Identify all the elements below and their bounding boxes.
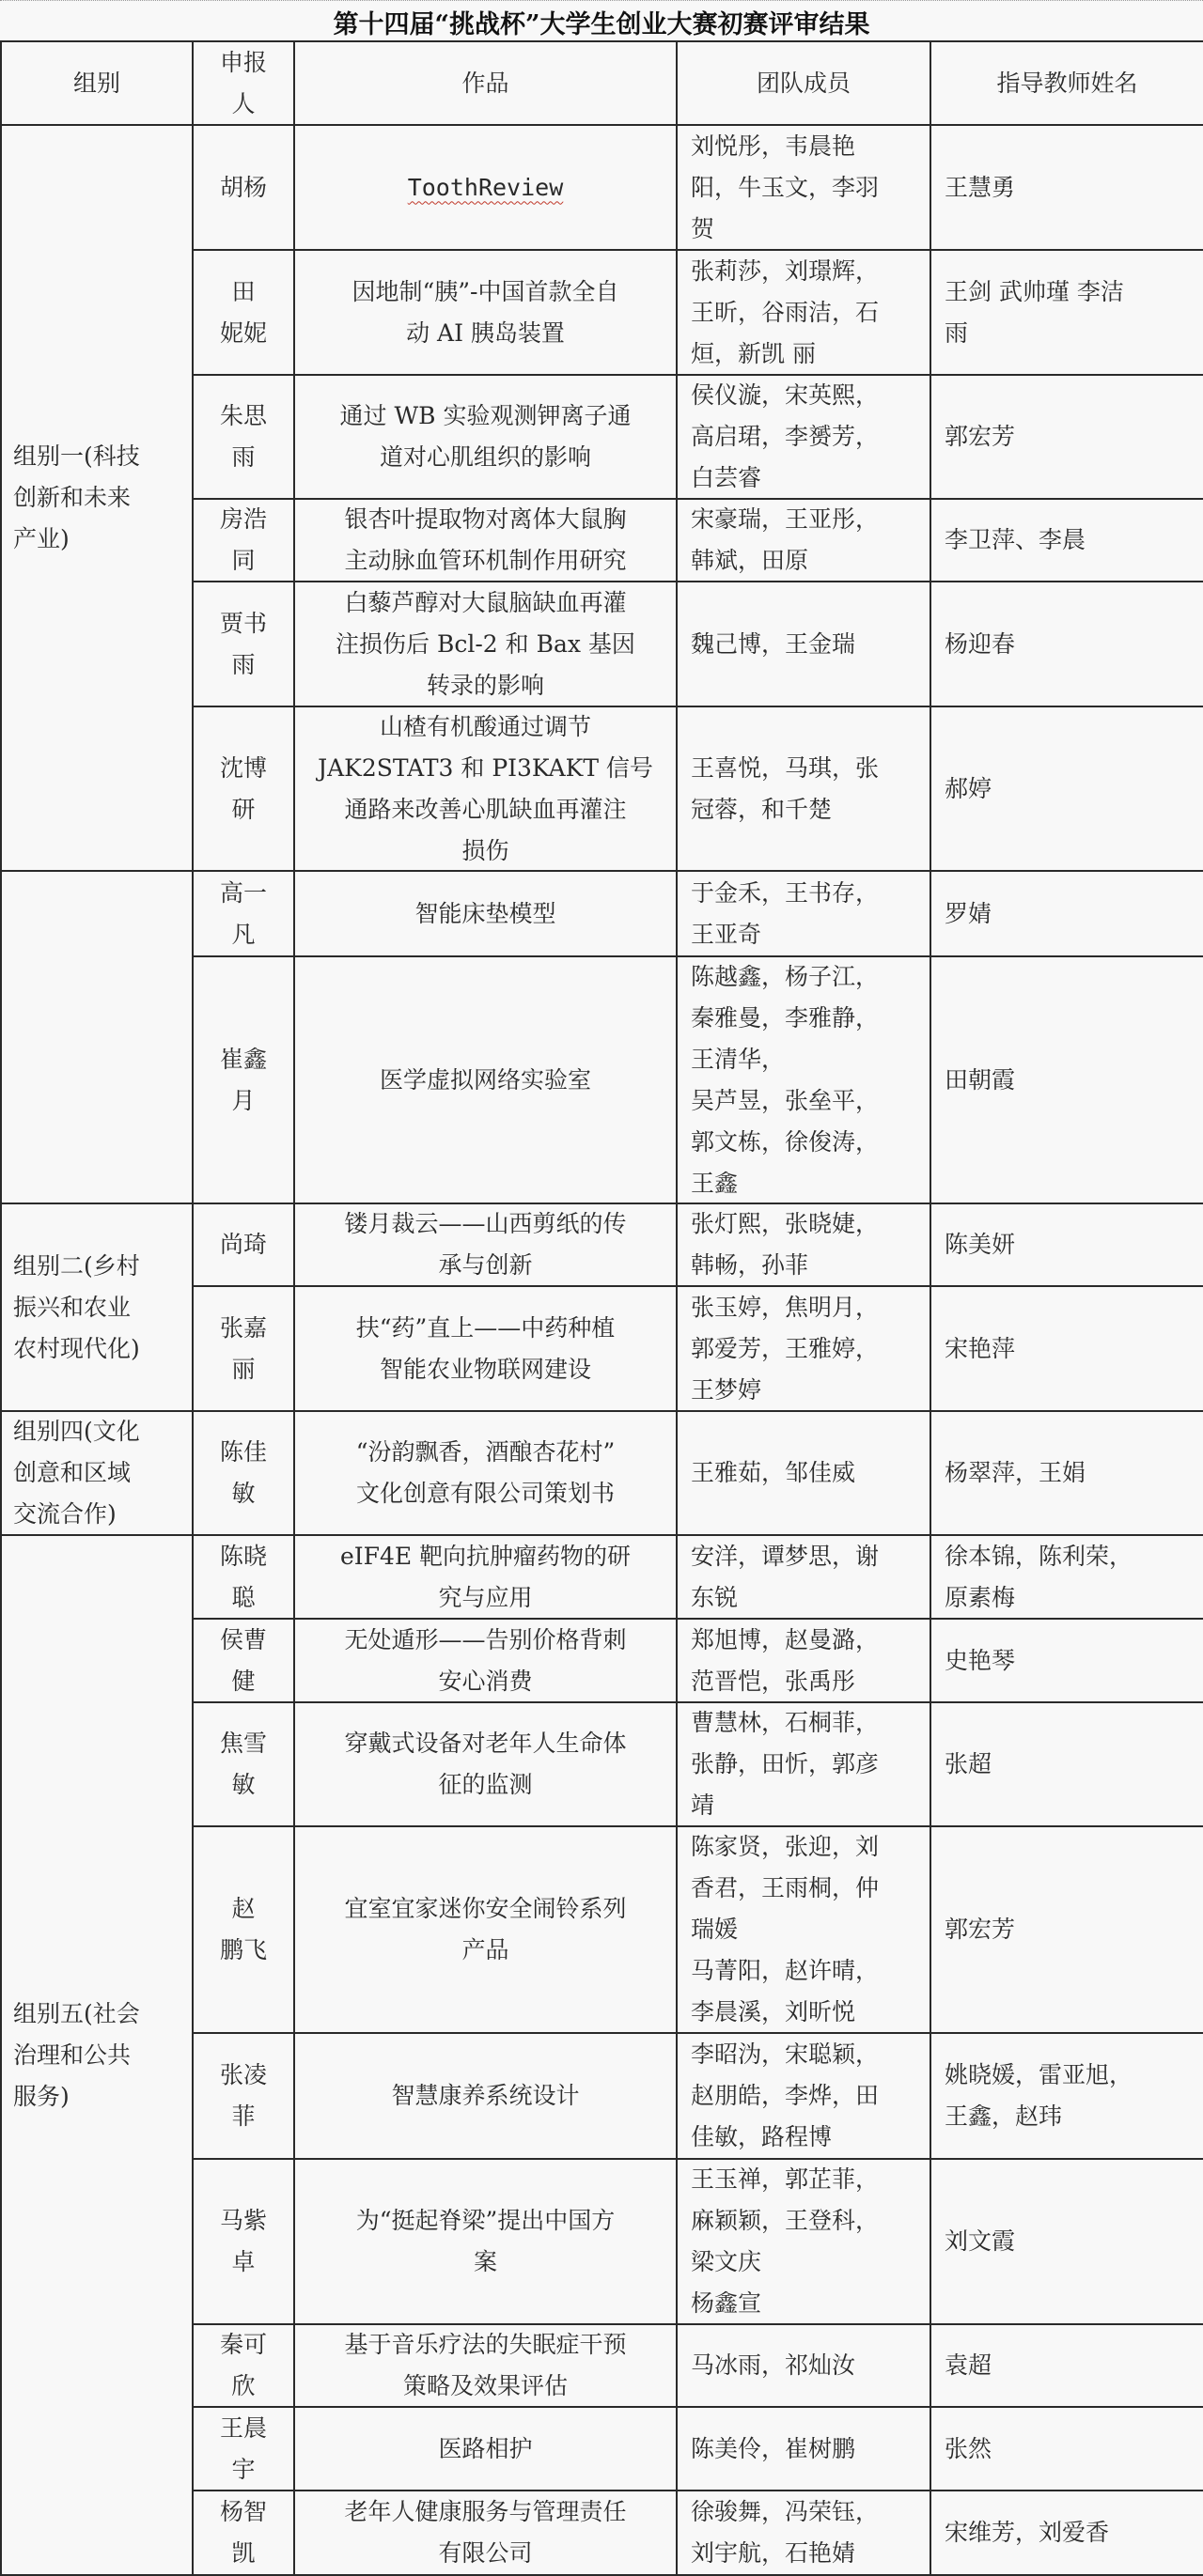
work-title: 山楂有机酸通过调节 JAK2STAT3 和 PI3KAKT 信号 通路来改善心肌… [305,707,666,872]
work-cell: 通过 WB 实验观测钾离子通 道对心肌组织的影响 [295,376,678,500]
team-members: 张玉婷，焦明月， 郭爱芳，王雅婷， 王梦婷 [678,1287,892,1411]
work-title: 穿戴式设备对老年人生命体 征的监测 [331,1723,639,1806]
team-members: 陈越鑫，杨子江， 秦雅曼，李雅静， 王清华， 吴芦昱，张垒平， 郭文栋，徐俊涛，… [678,957,892,1204]
applicant-cell: 陈晓 聪 [194,1536,295,1620]
applicant-name: 尚琦 [203,1224,284,1265]
advisor-cell: 郭宏芳 [931,376,1203,500]
work-title: 老年人健康服务与管理责任 有限公司 [331,2491,639,2574]
applicant-name: 张凌 菲 [203,2055,284,2137]
work-cell: 医学虚拟网络实验室 [295,957,678,1204]
team-cell: 陈越鑫，杨子江， 秦雅曼，李雅静， 王清华， 吴芦昱，张垒平， 郭文栋，徐俊涛，… [678,957,931,1204]
team-members: 陈家贤，张迎，刘 香君，王雨桐，仲 瑞媛 马菁阳，赵许晴， 李晨溪，刘昕悦 [678,1827,892,2033]
team-members: 张灯熙，张晓婕， 韩畅，孙菲 [678,1204,892,1286]
advisor-cell: 姚晓媛，雷亚旭， 王鑫，赵玮 [931,2034,1203,2160]
team-members: 李昭沩，宋聪颖， 赵朋皓，李烨，田 佳敏，路程博 [678,2034,892,2158]
advisor-names: 徐本锦，陈利荣， 原素梅 [931,1536,1146,1619]
advisor-names: 史艳琴 [931,1640,1028,1682]
advisor-names: 刘文霞 [931,2221,1028,2262]
advisor-names: 宋艳萍 [931,1328,1028,1370]
team-cell: 宋豪瑞，王亚彤， 韩斌，田原 [678,500,931,582]
header-group: 组别 [0,40,194,126]
group-cell [0,872,194,1204]
advisor-names: 袁超 [931,2345,1005,2386]
advisor-cell: 张然 [931,2408,1203,2491]
applicant-cell: 杨智 凯 [194,2491,295,2576]
team-members: 王雅茹，邹佳威 [678,1452,868,1494]
advisor-names: 郝婷 [931,768,1005,810]
applicant-cell: 张嘉 丽 [194,1287,295,1412]
applicant-cell: 房浩 同 [194,500,295,582]
work-cell: 智慧康养系统设计 [295,2034,678,2160]
advisor-cell: 李卫萍、李晨 [931,500,1203,582]
advisor-cell: 杨迎春 [931,582,1203,707]
header-work: 作品 [295,40,678,126]
applicant-cell: 张凌 菲 [194,2034,295,2160]
group-label: 组别二(乡村 振兴和农业 农村现代化) [2,1246,151,1370]
work-title: 医学虚拟网络实验室 [367,1060,604,1101]
work-title: 无处遁形——告别价格背刺 安心消费 [331,1620,639,1702]
header-team: 团队成员 [678,40,931,126]
work-title: 智能床垫模型 [401,893,569,935]
header-work-label: 作品 [448,63,522,104]
team-members: 曹慧林，石桐菲， 张静，田忻，郭彦 靖 [678,1703,892,1826]
work-title: 医路相护 [425,2429,545,2470]
group-cell: 组别二(乡村 振兴和农业 农村现代化) [0,1204,194,1412]
applicant-name: 陈晓 聪 [203,1536,284,1619]
applicant-name: 崔鑫 月 [203,1039,284,1122]
applicant-cell: 沈博 研 [194,707,295,872]
title-bar: 第十四届“挑战杯”大学生创业大赛初赛评审结果 [0,0,1203,42]
applicant-name: 张嘉 丽 [203,1308,284,1390]
applicant-name: 侯曹 健 [203,1620,284,1702]
applicant-name: 田 妮妮 [203,272,284,354]
group-cell: 组别五(社会 治理和公共 服务) [0,1536,194,2576]
header-applicant: 申报 人 [194,40,295,126]
header-advisor-label: 指导教师姓名 [983,63,1150,104]
advisor-cell: 田朝霞 [931,957,1203,1204]
advisor-names: 郭宏芳 [931,1909,1028,1950]
team-members: 郑旭博，赵曼潞， 范晋恺，张禹彤 [678,1620,892,1702]
work-cell: 白藜芦醇对大鼠脑缺血再灌 注损伤后 Bcl-2 和 Bax 基因 转录的影响 [295,582,678,707]
advisor-cell: 罗婧 [931,872,1203,957]
team-members: 刘悦彤，韦晨艳 阳，牛玉文，李羽 贺 [678,126,892,250]
advisor-cell: 张超 [931,1703,1203,1827]
team-members: 于金禾，王书存， 王亚奇 [678,873,892,955]
applicant-cell: 侯曹 健 [194,1620,295,1703]
advisor-names: 王剑 武帅瑾 李洁 雨 [931,272,1137,354]
advisor-cell: 刘文霞 [931,2160,1203,2325]
applicant-name: 赵 鹏飞 [203,1888,284,1971]
applicant-cell: 高一 凡 [194,872,295,957]
work-title: “汾韵飘香，酒酿杏花村” 文化创意有限公司策划书 [343,1432,629,1514]
applicant-cell: 马紫 卓 [194,2160,295,2325]
team-cell: 陈美伶，崔树鹏 [678,2408,931,2491]
team-cell: 陈家贤，张迎，刘 香君，王雨桐，仲 瑞媛 马菁阳，赵许晴， 李晨溪，刘昕悦 [678,1827,931,2034]
work-cell: 扶“药”直上——中药种植 智能农业物联网建设 [295,1287,678,1412]
advisor-cell: 王慧勇 [931,126,1203,251]
work-cell: 镂月裁云——山西剪纸的传 承与创新 [295,1204,678,1287]
advisor-cell: 郭宏芳 [931,1827,1203,2034]
team-cell: 王玉禅，郭芷菲， 麻颖颖，王登科， 梁文庆 杨鑫宣 [678,2160,931,2325]
header-advisor: 指导教师姓名 [931,40,1203,126]
work-cell: 宜室宜家迷你安全闹铃系列 产品 [295,1827,678,2034]
team-cell: 郑旭博，赵曼潞， 范晋恺，张禹彤 [678,1620,931,1703]
work-title: 因地制“胰”-中国首款全自 动 AI 胰岛装置 [338,272,632,354]
team-cell: 魏己博，王金瑞 [678,582,931,707]
work-title: 银杏叶提取物对离体大鼠胸 主动脉血管环机制作用研究 [331,500,639,582]
applicant-name: 秦可 欣 [203,2325,284,2407]
applicant-name: 朱思 雨 [203,396,284,478]
work-title: 宜室宜家迷你安全闹铃系列 产品 [331,1888,639,1971]
applicant-name: 杨智 凯 [203,2491,284,2574]
applicant-name: 焦雪 敏 [203,1723,284,1806]
team-members: 马冰雨，祁灿汝 [678,2345,868,2386]
team-cell: 李昭沩，宋聪颖， 赵朋皓，李烨，田 佳敏，路程博 [678,2034,931,2160]
work-cell: 为“挺起脊梁”提出中国方 案 [295,2160,678,2325]
applicant-cell: 秦可 欣 [194,2325,295,2408]
applicant-name: 陈佳 敏 [203,1432,284,1514]
team-members: 陈美伶，崔树鹏 [678,2429,868,2470]
work-cell: 医路相护 [295,2408,678,2491]
applicant-cell: 陈佳 敏 [194,1412,295,1536]
applicant-cell: 尚琦 [194,1204,295,1287]
team-cell: 王喜悦，马琪，张 冠蓉，和千楚 [678,707,931,872]
team-cell: 安洋，谭梦思，谢 东锐 [678,1536,931,1620]
group-label: 组别四(文化 创意和区域 交流合作) [2,1412,151,1535]
team-members: 侯仪漩，宋英熙， 高启珺，李赟芳， 白芸睿 [678,376,892,499]
applicant-cell: 焦雪 敏 [194,1703,295,1827]
team-cell: 刘悦彤，韦晨艳 阳，牛玉文，李羽 贺 [678,126,931,251]
header-team-label: 团队成员 [743,63,864,104]
advisor-cell: 王剑 武帅瑾 李洁 雨 [931,251,1203,376]
group-label: 组别一(科技 创新和未来 产业) [2,436,151,560]
work-cell: “汾韵飘香，酒酿杏花村” 文化创意有限公司策划书 [295,1412,678,1536]
team-cell: 马冰雨，祁灿汝 [678,2325,931,2408]
advisor-names: 田朝霞 [931,1060,1028,1101]
team-members: 徐骏舞，冯荣钰， 刘宇航，石艳婧 [678,2491,892,2574]
work-title: eIF4E 靶向抗肿瘤药物的研 究与应用 [327,1536,644,1619]
applicant-cell: 贾书 雨 [194,582,295,707]
advisor-names: 郭宏芳 [931,416,1028,458]
group-cell: 组别四(文化 创意和区域 交流合作) [0,1412,194,1536]
team-members: 王喜悦，马琪，张 冠蓉，和千楚 [678,748,892,830]
advisor-cell: 杨翠萍，王娟 [931,1412,1203,1536]
work-cell: 老年人健康服务与管理责任 有限公司 [295,2491,678,2576]
advisor-names: 陈美妍 [931,1224,1028,1265]
document-title: 第十四届“挑战杯”大学生创业大赛初赛评审结果 [333,4,869,40]
group-label: 组别五(社会 治理和公共 服务) [2,1994,151,2118]
applicant-name: 高一 凡 [203,873,284,955]
work-title: 通过 WB 实验观测钾离子通 道对心肌组织的影响 [327,396,645,478]
work-cell: 基于音乐疗法的失眠症干预 策略及效果评估 [295,2325,678,2408]
team-members: 宋豪瑞，王亚彤， 韩斌，田原 [678,500,892,582]
team-cell: 于金禾，王书存， 王亚奇 [678,872,931,957]
applicant-name: 马紫 卓 [203,2200,284,2283]
work-cell: 穿戴式设备对老年人生命体 征的监测 [295,1703,678,1827]
work-cell: 因地制“胰”-中国首款全自 动 AI 胰岛装置 [295,251,678,376]
work-title: 扶“药”直上——中药种植 智能农业物联网建设 [343,1308,629,1390]
advisor-names: 张然 [931,2429,1005,2470]
applicant-name: 王晨 宇 [203,2408,284,2491]
group-cell: 组别一(科技 创新和未来 产业) [0,126,194,872]
applicant-name: 沈博 研 [203,748,284,830]
team-members: 魏己博，王金瑞 [678,624,868,665]
advisor-cell: 宋维芳，刘爱香 [931,2491,1203,2576]
header-group-label: 组别 [62,63,132,104]
applicant-cell: 朱思 雨 [194,376,295,500]
advisor-cell: 陈美妍 [931,1204,1203,1287]
team-cell: 张灯熙，张晓婕， 韩畅，孙菲 [678,1204,931,1287]
team-cell: 王雅茹，邹佳威 [678,1412,931,1536]
work-title: 为“挺起脊梁”提出中国方 案 [343,2200,629,2283]
work-title: 白藜芦醇对大鼠脑缺血再灌 注损伤后 Bcl-2 和 Bax 基因 转录的影响 [322,582,648,706]
advisor-cell: 史艳琴 [931,1620,1203,1703]
advisor-names: 杨翠萍，王娟 [931,1452,1099,1494]
team-cell: 徐骏舞，冯荣钰， 刘宇航，石艳婧 [678,2491,931,2576]
work-cell: eIF4E 靶向抗肿瘤药物的研 究与应用 [295,1536,678,1620]
advisor-names: 姚晓媛，雷亚旭， 王鑫，赵玮 [931,2055,1146,2137]
advisor-names: 李卫萍、李晨 [931,520,1099,561]
team-cell: 侯仪漩，宋英熙， 高启珺，李赟芳， 白芸睿 [678,376,931,500]
team-members: 张莉莎，刘璟辉， 王昕，谷雨洁，石 烜，新凯 丽 [678,251,892,375]
work-cell: 山楂有机酸通过调节 JAK2STAT3 和 PI3KAKT 信号 通路来改善心肌… [295,707,678,872]
applicant-cell: 赵 鹏飞 [194,1827,295,2034]
header-applicant-label: 申报 人 [203,42,284,125]
work-cell: 智能床垫模型 [295,872,678,957]
work-cell: ToothReview [295,126,678,251]
applicant-name: 房浩 同 [203,500,284,582]
work-title: 智慧康养系统设计 [378,2075,592,2117]
work-title: ToothReview [395,167,577,209]
work-cell: 银杏叶提取物对离体大鼠胸 主动脉血管环机制作用研究 [295,500,678,582]
team-cell: 张莉莎，刘璟辉， 王昕，谷雨洁，石 烜，新凯 丽 [678,251,931,376]
team-cell: 张玉婷，焦明月， 郭爱芳，王雅婷， 王梦婷 [678,1287,931,1412]
advisor-cell: 郝婷 [931,707,1203,872]
advisor-cell: 徐本锦，陈利荣， 原素梅 [931,1536,1203,1620]
applicant-cell: 田 妮妮 [194,251,295,376]
work-title: 基于音乐疗法的失眠症干预 策略及效果评估 [331,2325,639,2407]
applicant-name: 贾书 雨 [203,603,284,686]
applicant-cell: 王晨 宇 [194,2408,295,2491]
team-members: 王玉禅，郭芷菲， 麻颖颖，王登科， 梁文庆 杨鑫宣 [678,2160,892,2324]
work-cell: 无处遁形——告别价格背刺 安心消费 [295,1620,678,1703]
applicant-cell: 崔鑫 月 [194,957,295,1204]
advisor-cell: 袁超 [931,2325,1203,2408]
advisor-names: 罗婧 [931,893,1005,935]
applicant-name: 胡杨 [203,167,284,209]
team-cell: 曹慧林，石桐菲， 张静，田忻，郭彦 靖 [678,1703,931,1827]
advisor-names: 王慧勇 [931,167,1028,209]
work-title: 镂月裁云——山西剪纸的传 承与创新 [331,1204,639,1286]
advisor-names: 张超 [931,1744,1005,1785]
team-members: 安洋，谭梦思，谢 东锐 [678,1536,892,1619]
advisor-names: 宋维芳，刘爱香 [931,2512,1122,2553]
advisor-cell: 宋艳萍 [931,1287,1203,1412]
advisor-names: 杨迎春 [931,624,1028,665]
applicant-cell: 胡杨 [194,126,295,251]
